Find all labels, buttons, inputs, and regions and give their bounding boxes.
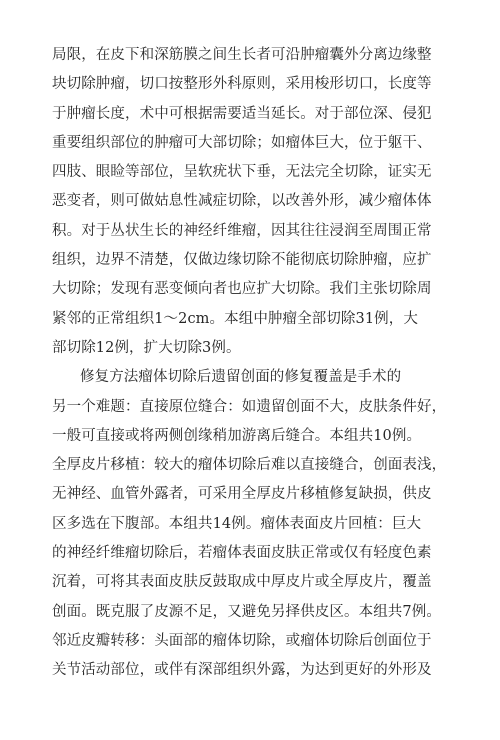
text-line: 部切除12例，扩大切除3例。 (52, 334, 442, 363)
text-line: 四肢、眼睑等部位，呈软疣状下垂，无法完全切除，证实无 (52, 158, 442, 187)
text-line: 积。对于丛状生长的神经纤维瘤，因其往往浸润至周围正常 (52, 217, 442, 246)
text-line: 局限，在皮下和深筋膜之间生长者可沿肿瘤囊外分离边缘整 (52, 41, 442, 70)
text-line: 组织，边界不清楚，仅做边缘切除不能彻底切除肿瘤，应扩 (52, 246, 442, 275)
text-block: 局限，在皮下和深筋膜之间生长者可沿肿瘤囊外分离边缘整 块切除肿瘤，切口按整形外科… (52, 41, 442, 686)
text-line: 于肿瘤长度，术中可根据需要适当延长。对于部位深、侵犯 (52, 100, 442, 129)
text-line: 区多选在下腹部。本组共14例。瘤体表面皮片回植：巨大 (52, 510, 442, 539)
text-line: 创面。既克服了皮源不足，又避免另择供皮区。本组共7例。 (52, 598, 442, 627)
text-line-paragraph-start: 修复方法瘤体切除后遗留创面的修复覆盖是手术的 (52, 363, 442, 392)
text-line: 关节活动部位，或伴有深部组织外露，为达到更好的外形及 (52, 656, 442, 685)
text-line: 大切除；发现有恶变倾向者也应扩大切除。我们主张切除周 (52, 275, 442, 304)
document-page: 局限，在皮下和深筋膜之间生长者可沿肿瘤囊外分离边缘整 块切除肿瘤，切口按整形外科… (0, 0, 500, 740)
text-line: 无神经、血管外露者，可采用全厚皮片移植修复缺损，供皮 (52, 480, 442, 509)
text-line: 的神经纤维瘤切除后，若瘤体表面皮肤正常或仅有轻度色素 (52, 539, 442, 568)
text-line: 另一个难题：直接原位缝合：如遗留创面不大，皮肤条件好， (52, 393, 442, 422)
text-line: 邻近皮瓣转移：头面部的瘤体切除，或瘤体切除后创面位于 (52, 627, 442, 656)
text-line: 全厚皮片移植：较大的瘤体切除后难以直接缝合，创面表浅， (52, 451, 442, 480)
text-line: 重要组织部位的肿瘤可大部切除；如瘤体巨大，位于躯干、 (52, 129, 442, 158)
text-line: 紧邻的正常组织1～2cm。本组中肿瘤全部切除31例，大 (52, 305, 442, 334)
text-line: 恶变者，则可做姑息性减症切除，以改善外形，减少瘤体体 (52, 187, 442, 216)
text-line: 一般可直接或将两侧创缘稍加游离后缝合。本组共10例。 (52, 422, 442, 451)
text-line: 块切除肿瘤，切口按整形外科原则，采用梭形切口，长度等 (52, 70, 442, 99)
text-line: 沉着，可将其表面皮肤反鼓取成中厚皮片或全厚皮片，覆盖 (52, 568, 442, 597)
